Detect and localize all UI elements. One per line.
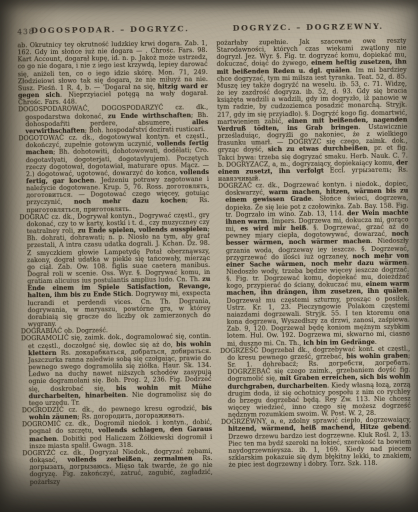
- page-content: 438 DOGOSPODAR. – DOGRYZC. DOGRYZC. – DO…: [0, 0, 418, 512]
- running-head-right-title: DOGRYZC. – DOGRZEWNY.: [233, 22, 384, 33]
- dictionary-entry: DOGOSPODAROWAĆ, DOGOSPODARZYĆ cz. dk., g…: [18, 104, 208, 135]
- dictionary-entry: DOGRZAĆ cz. dk., Dogrzewać kontyn. i nie…: [218, 181, 410, 348]
- dictionary-entry: DOGROMIĆ cz. dk., Dogromił niedok. i kon…: [22, 419, 212, 450]
- dictionary-entry: DOGOTOWAĆ cz. dk., dogotowywał kontyn. e…: [19, 133, 210, 214]
- right-column: pożarłaby zupełnie. Jak szacowne owe res…: [216, 38, 412, 500]
- dictionary-entry: pożarłaby zupełnie. Jak szacowne owe res…: [216, 38, 408, 183]
- scanned-dictionary-page: 438 DOGOSPODAR. – DOGRYZC. DOGRYZC. – DO…: [0, 0, 418, 512]
- text-columns: ab. Okrutnicy tey okrutność ludzkiey krw…: [0, 32, 418, 502]
- dictionary-entry: DOGRAMOLIĆ się, zaimk. dok., dogramolowa…: [21, 333, 212, 407]
- dictionary-entry: ab. Okrutnicy tey okrutność ludzkiey krw…: [17, 40, 208, 107]
- dictionary-entry: DOGRZEŚĆ Dogrzebał dk., dogrzebywać kont…: [220, 345, 411, 419]
- left-column: ab. Okrutnicy tey okrutność ludzkiey krw…: [17, 40, 213, 502]
- dictionary-entry: DOGRAĆ cz. dk., Dogrywał kontyn., Dogryw…: [19, 212, 210, 329]
- page-number: 438: [17, 27, 34, 36]
- dictionary-entry: DOGRYŹĆ cz. dk., Dogryzał Niedok., dogry…: [22, 448, 212, 486]
- running-head-left-half: 438 DOGOSPODAR. – DOGRYZC.: [11, 24, 209, 35]
- running-head-left-title: DOGOSPODAR. – DOGRYZC.: [31, 24, 189, 35]
- dictionary-entry: DOGRZEWNY, a, e, zdolny sprawić ciepło, …: [221, 417, 412, 469]
- running-head-right-half: DOGRYZC. – DOGRZEWNY.: [209, 22, 407, 33]
